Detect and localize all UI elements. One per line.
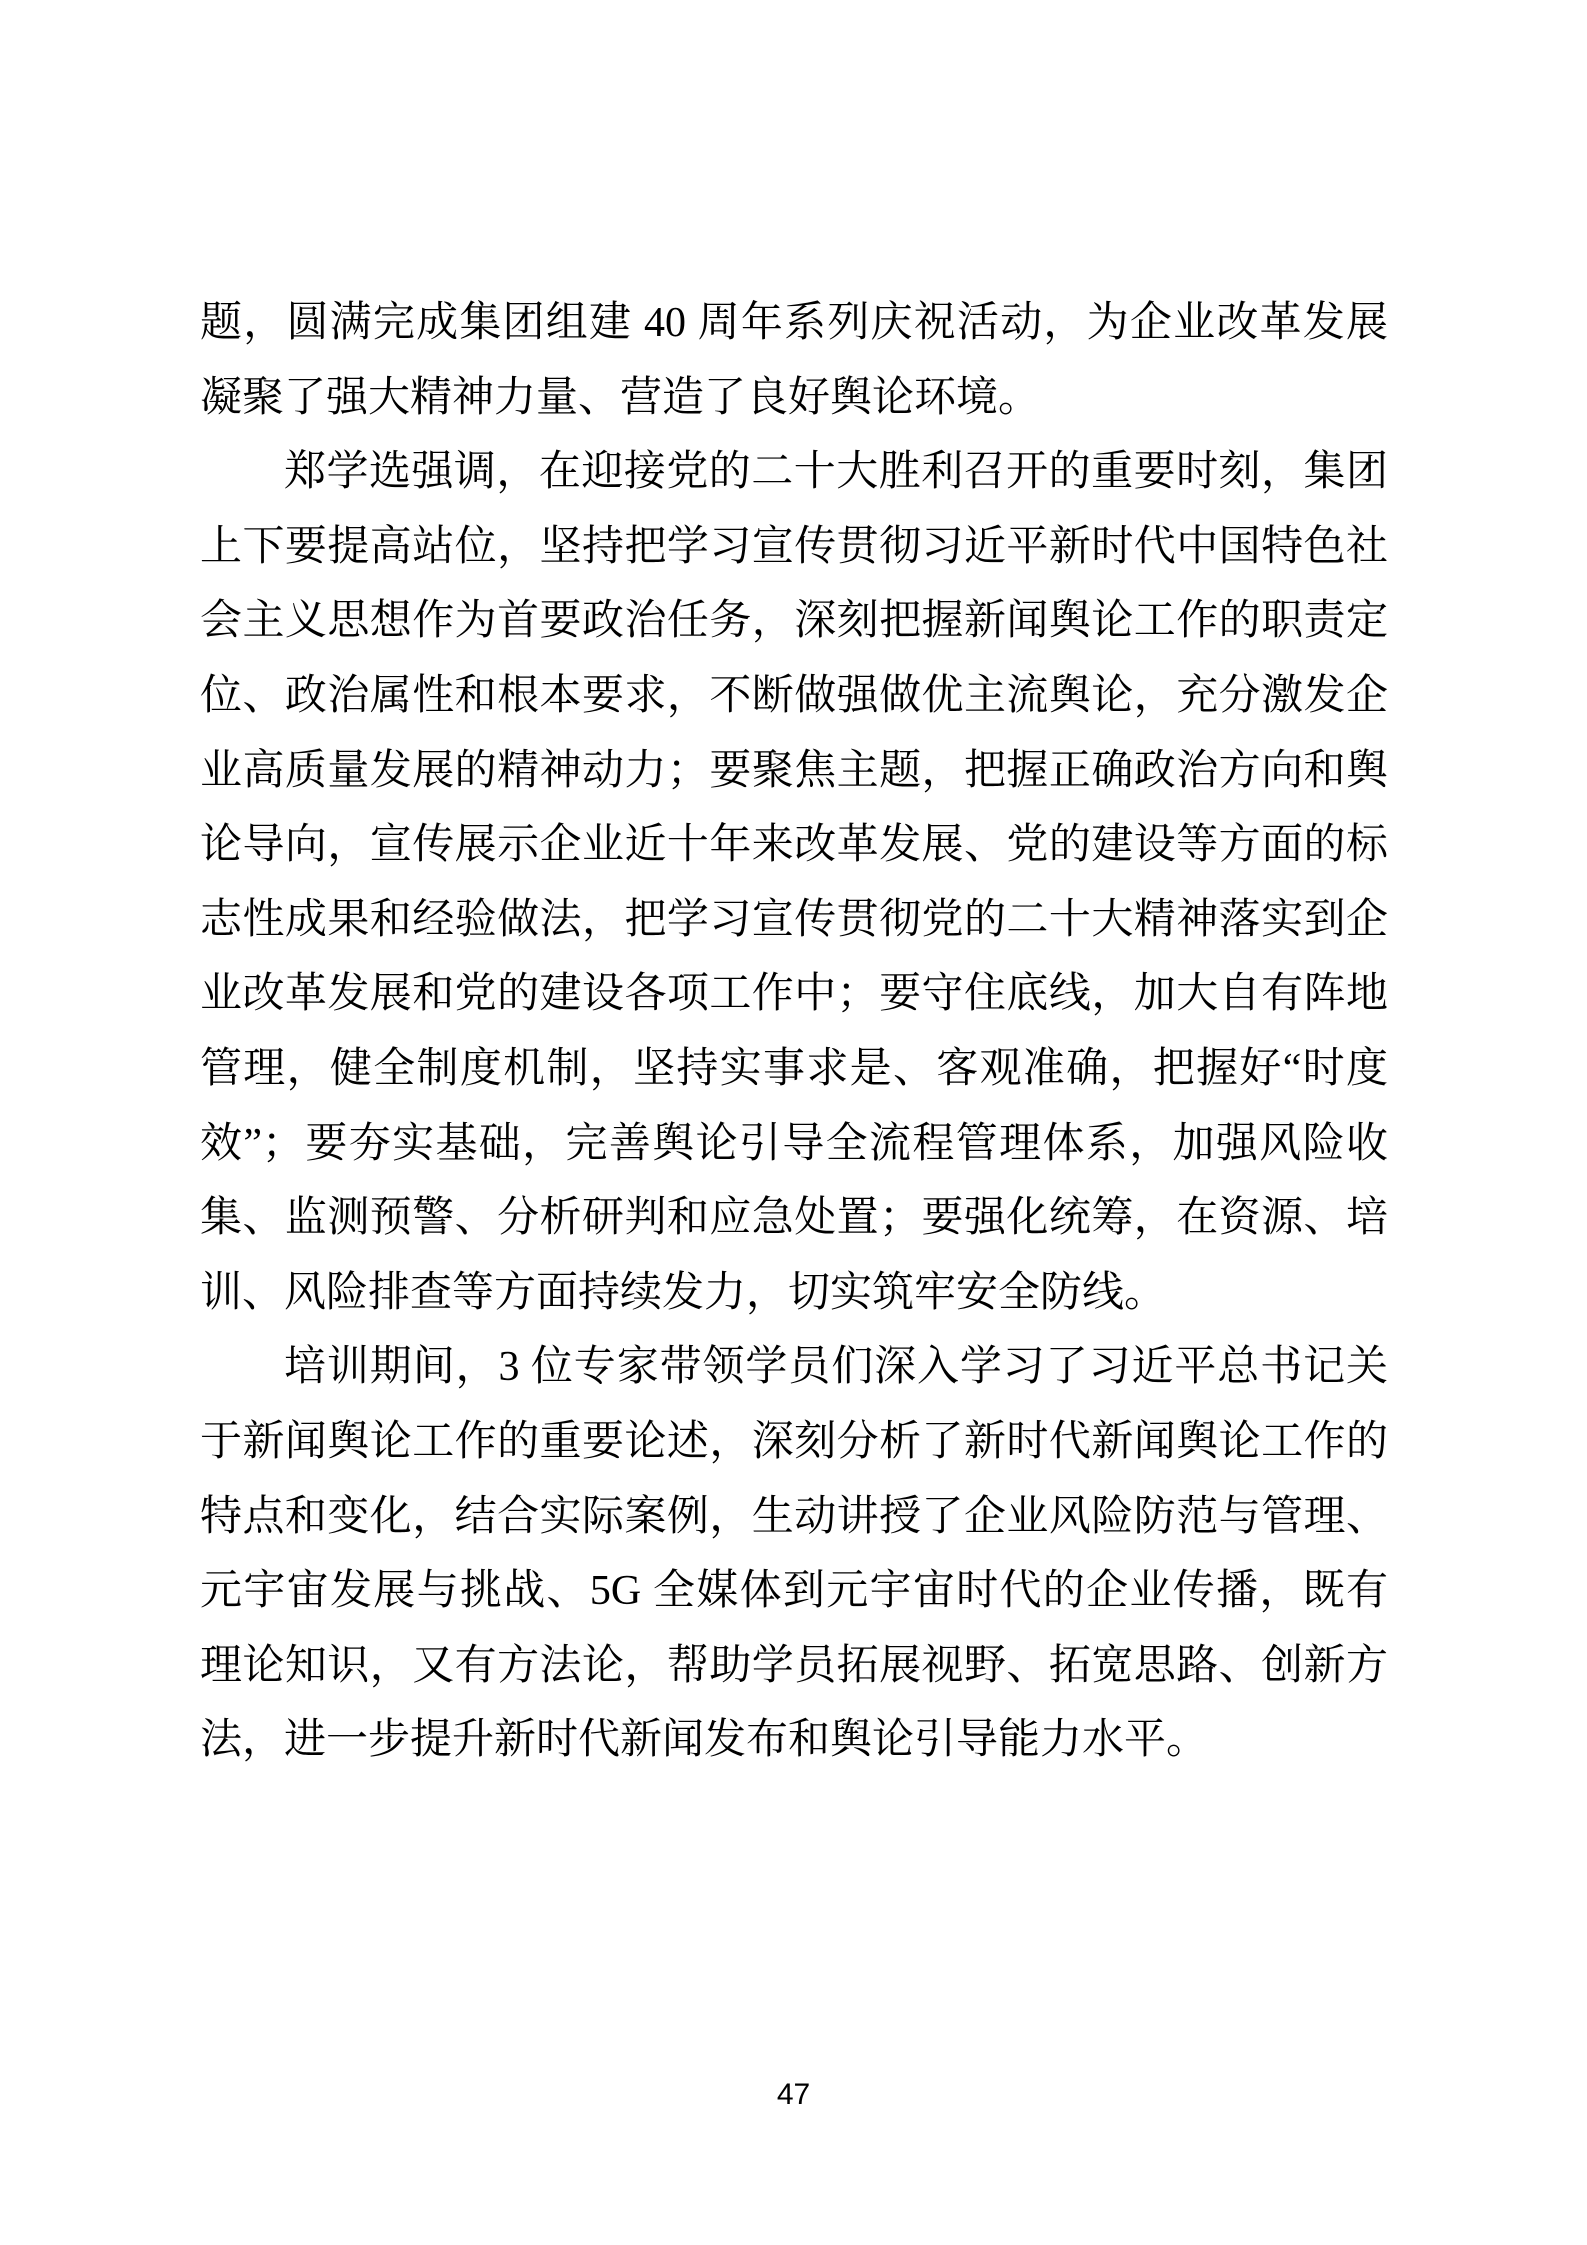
text-line: 上下要提高站位，坚持把学习宣传贯彻习近平新时代中国特色社: [200, 510, 1388, 585]
text-line: 元宇宙发展与挑战、5G 全媒体到元宇宙时代的企业传播，既有: [200, 1554, 1388, 1629]
text-line: 训、风险排查等方面持续发力，切实筑牢安全防线。: [200, 1256, 1388, 1331]
text-line: 效”；要夯实基础，完善舆论引导全流程管理体系，加强风险收: [200, 1107, 1388, 1182]
text-line: 于新闻舆论工作的重要论述，深刻分析了新时代新闻舆论工作的: [200, 1405, 1388, 1480]
text-line: 集、监测预警、分析研判和应急处置；要强化统筹，在资源、培: [200, 1181, 1388, 1256]
text-line: 位、政治属性和根本要求，不断做强做优主流舆论，充分激发企: [200, 659, 1388, 734]
text-line: 培训期间，3 位专家带领学员们深入学习了习近平总书记关: [200, 1330, 1388, 1405]
text-line: 管理，健全制度机制，坚持实事求是、客观准确，把握好“时度: [200, 1032, 1388, 1107]
text-line: 会主义思想作为首要政治任务，深刻把握新闻舆论工作的职责定: [200, 584, 1388, 659]
text-line: 特点和变化，结合实际案例，生动讲授了企业风险防范与管理、: [200, 1480, 1388, 1555]
text-line: 郑学选强调，在迎接党的二十大胜利召开的重要时刻，集团: [200, 435, 1388, 510]
text-line: 论导向，宣传展示企业近十年来改革发展、党的建设等方面的标: [200, 808, 1388, 883]
text-line: 凝聚了强大精神力量、营造了良好舆论环境。: [200, 361, 1388, 436]
text-line: 理论知识，又有方法论，帮助学员拓展视野、拓宽思路、创新方: [200, 1629, 1388, 1704]
page-number: 47: [0, 2078, 1587, 2112]
text-line: 业高质量发展的精神动力；要聚焦主题，把握正确政治方向和舆: [200, 734, 1388, 809]
text-body: 题，圆满完成集团组建 40 周年系列庆祝活动，为企业改革发展凝聚了强大精神力量、…: [200, 286, 1388, 1778]
text-line: 题，圆满完成集团组建 40 周年系列庆祝活动，为企业改革发展: [200, 286, 1388, 361]
text-line: 业改革发展和党的建设各项工作中；要守住底线，加大自有阵地: [200, 957, 1388, 1032]
text-line: 志性成果和经验做法，把学习宣传贯彻党的二十大精神落实到企: [200, 883, 1388, 958]
document-page: 题，圆满完成集团组建 40 周年系列庆祝活动，为企业改革发展凝聚了强大精神力量、…: [0, 0, 1587, 2245]
text-line: 法，进一步提升新时代新闻发布和舆论引导能力水平。: [200, 1703, 1388, 1778]
